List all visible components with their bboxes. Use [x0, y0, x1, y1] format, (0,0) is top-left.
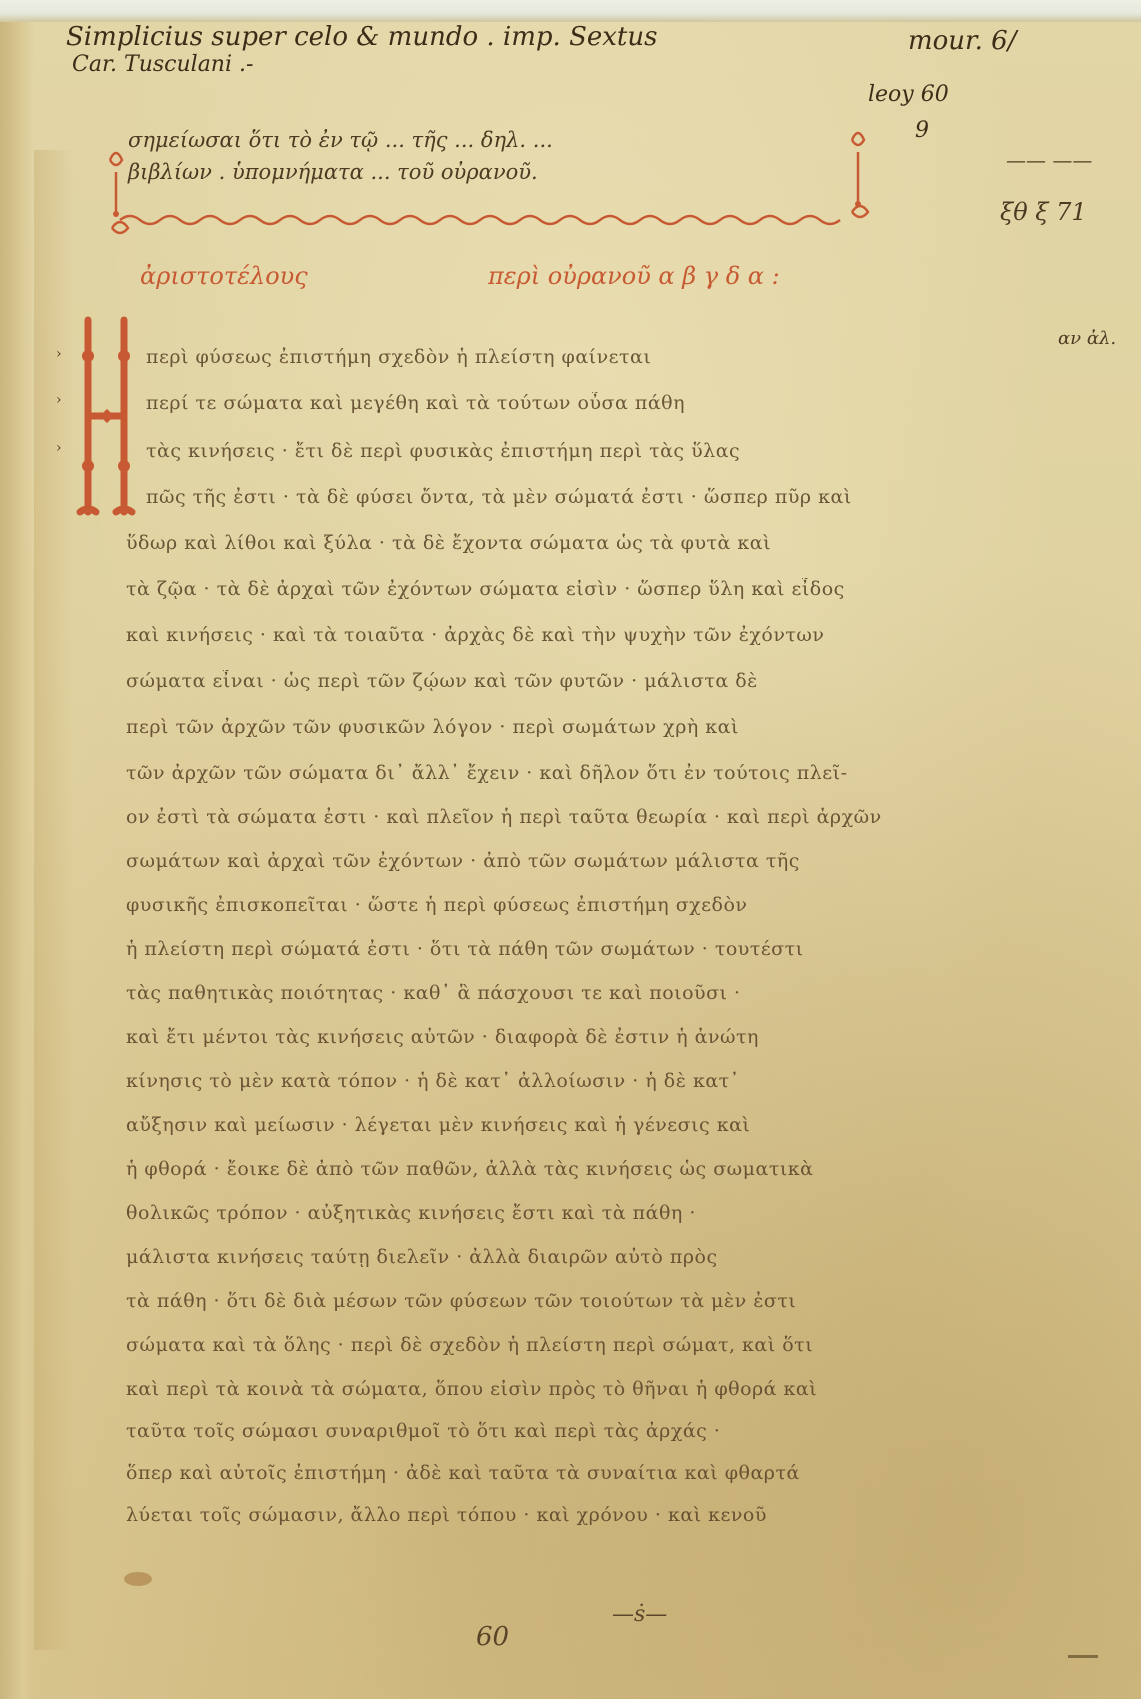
title-author: ἀριστοτέλους	[140, 262, 308, 290]
red-ornament-frame	[100, 120, 880, 250]
body-line-12: σωμάτων καὶ ἀρχαὶ τῶν ἐχόντων · ἀπὸ τῶν …	[126, 850, 911, 872]
folio-number: 60	[476, 1622, 509, 1652]
body-line-16: καὶ ἔτι μέντοι τὰς κινήσεις αὐτῶν · διαφ…	[126, 1026, 911, 1048]
body-line-23: σώματα καὶ τὰ ὅλης · περὶ δὲ σχεδὸν ἡ πλ…	[126, 1334, 911, 1356]
body-line-3: τὰς κινήσεις · ἔτι δὲ περὶ φυσικὰς ἐπιστ…	[146, 440, 886, 462]
body-line-13: φυσικῆς ἐπισκοπεῖται · ὥστε ἡ περὶ φύσεω…	[126, 894, 911, 916]
body-line-15: τὰς παθητικὰς ποιότητας · καθ᾽ ἃ πάσχουσ…	[126, 982, 911, 1004]
body-line-17: κίνησις τὸ μὲν κατὰ τόπον · ἡ δὲ κατ᾽ ἀλ…	[126, 1070, 911, 1092]
body-line-10: τῶν ἀρχῶν τῶν σώματα δι᾽ ἄλλ᾽ ἔχειν · κα…	[126, 762, 911, 784]
body-line-5: ὕδωρ καὶ λίθοι καὶ ξύλα · τὰ δὲ ἔχοντα σ…	[126, 532, 911, 554]
body-line-8: σώματα εἶναι · ὡς περὶ τῶν ζῴων καὶ τῶν …	[126, 670, 911, 692]
body-line-18: αὔξησιν καὶ μείωσιν · λέγεται μὲν κινήσε…	[126, 1114, 911, 1136]
left-margin-tick: ›	[56, 392, 62, 408]
title-work: περὶ οὐρανοῦ α β γ δ α :	[488, 262, 780, 290]
body-line-14: ἡ πλείστη περὶ σώματά ἐστι · ὅτι τὰ πάθη…	[126, 938, 911, 960]
body-line-24: καὶ περὶ τὰ κοινὰ τὰ σώματα, ὅπου εἰσὶν …	[126, 1378, 911, 1400]
body-line-4: πῶς τῆς ἐστι · τὰ δὲ φύσει ὄντα, τὰ μὲν …	[146, 486, 886, 508]
page-top-edge	[0, 0, 1141, 22]
binding-gutter	[0, 22, 34, 1699]
body-line-1: περὶ φύσεως ἐπιστήμη σχεδὸν ἡ πλείστη φα…	[146, 346, 886, 368]
body-line-22: τὰ πάθη · ὅτι δὲ διὰ μέσων τῶν φύσεων τῶ…	[126, 1290, 911, 1312]
margin-mark-lines: —— ——	[1006, 148, 1092, 172]
body-line-21: μάλιστα κινήσεις ταύτῃ διελεῖν · ἀλλὰ δι…	[126, 1246, 911, 1268]
margin-mark-an: αν ἀλ.	[1058, 328, 1116, 349]
manuscript-page: Simplicius super celo & mundo . imp. Sex…	[0, 0, 1141, 1699]
ink-stain	[124, 1572, 152, 1586]
body-line-7: καὶ κινήσεις · καὶ τὰ τοιαῦτα · ἀρχὰς δὲ…	[126, 624, 911, 646]
body-line-27: λύεται τοῖς σώμασιν, ἄλλο περὶ τόπου · κ…	[126, 1504, 911, 1526]
red-initial-letter	[74, 316, 138, 518]
left-margin-tick: ›	[56, 440, 62, 456]
top-note-line-1: Simplicius super celo & mundo . imp. Sex…	[66, 22, 657, 52]
body-line-20: θολικῶς τρόπον · αὐξητικὰς κινήσεις ἔστι…	[126, 1202, 911, 1224]
footer-mark: —ṡ—	[612, 1602, 667, 1627]
corner-mark	[1068, 1655, 1098, 1658]
body-line-2: περί τε σώματα καὶ μεγέθη καὶ τὰ τούτων …	[146, 392, 886, 414]
top-note-line-2: Car. Tusculani .-	[72, 52, 253, 77]
left-margin-tick: ›	[56, 346, 62, 362]
body-line-9: περὶ τῶν ἀρχῶν τῶν φυσικῶν λόγον · περὶ …	[126, 716, 911, 738]
number-nine: 9	[915, 118, 929, 143]
top-right-note: mour. 6/	[908, 26, 1016, 56]
body-line-26: ὅπερ καὶ αὐτοῖς ἐπιστήμη · ἀδὲ καὶ ταῦτα…	[126, 1462, 911, 1484]
folio-reference: leoy 60	[868, 82, 949, 107]
water-stain	[34, 150, 74, 1650]
body-line-6: τὰ ζῷα · τὰ δὲ ἀρχαὶ τῶν ἐχόντων σώματα …	[126, 578, 911, 600]
body-line-19: ἡ φθορά · ἔοικε δὲ ἀπὸ τῶν παθῶν, ἀλλὰ τ…	[126, 1158, 911, 1180]
margin-mark-xi-theta: ξθ ξ 71	[1000, 198, 1087, 226]
body-line-25: ταῦτα τοῖς σώμασι συναριθμοῖ τὸ ὅτι καὶ …	[126, 1420, 911, 1442]
body-line-11: ον ἐστὶ τὰ σώματα ἐστι · καὶ πλεῖον ἡ πε…	[126, 806, 911, 828]
